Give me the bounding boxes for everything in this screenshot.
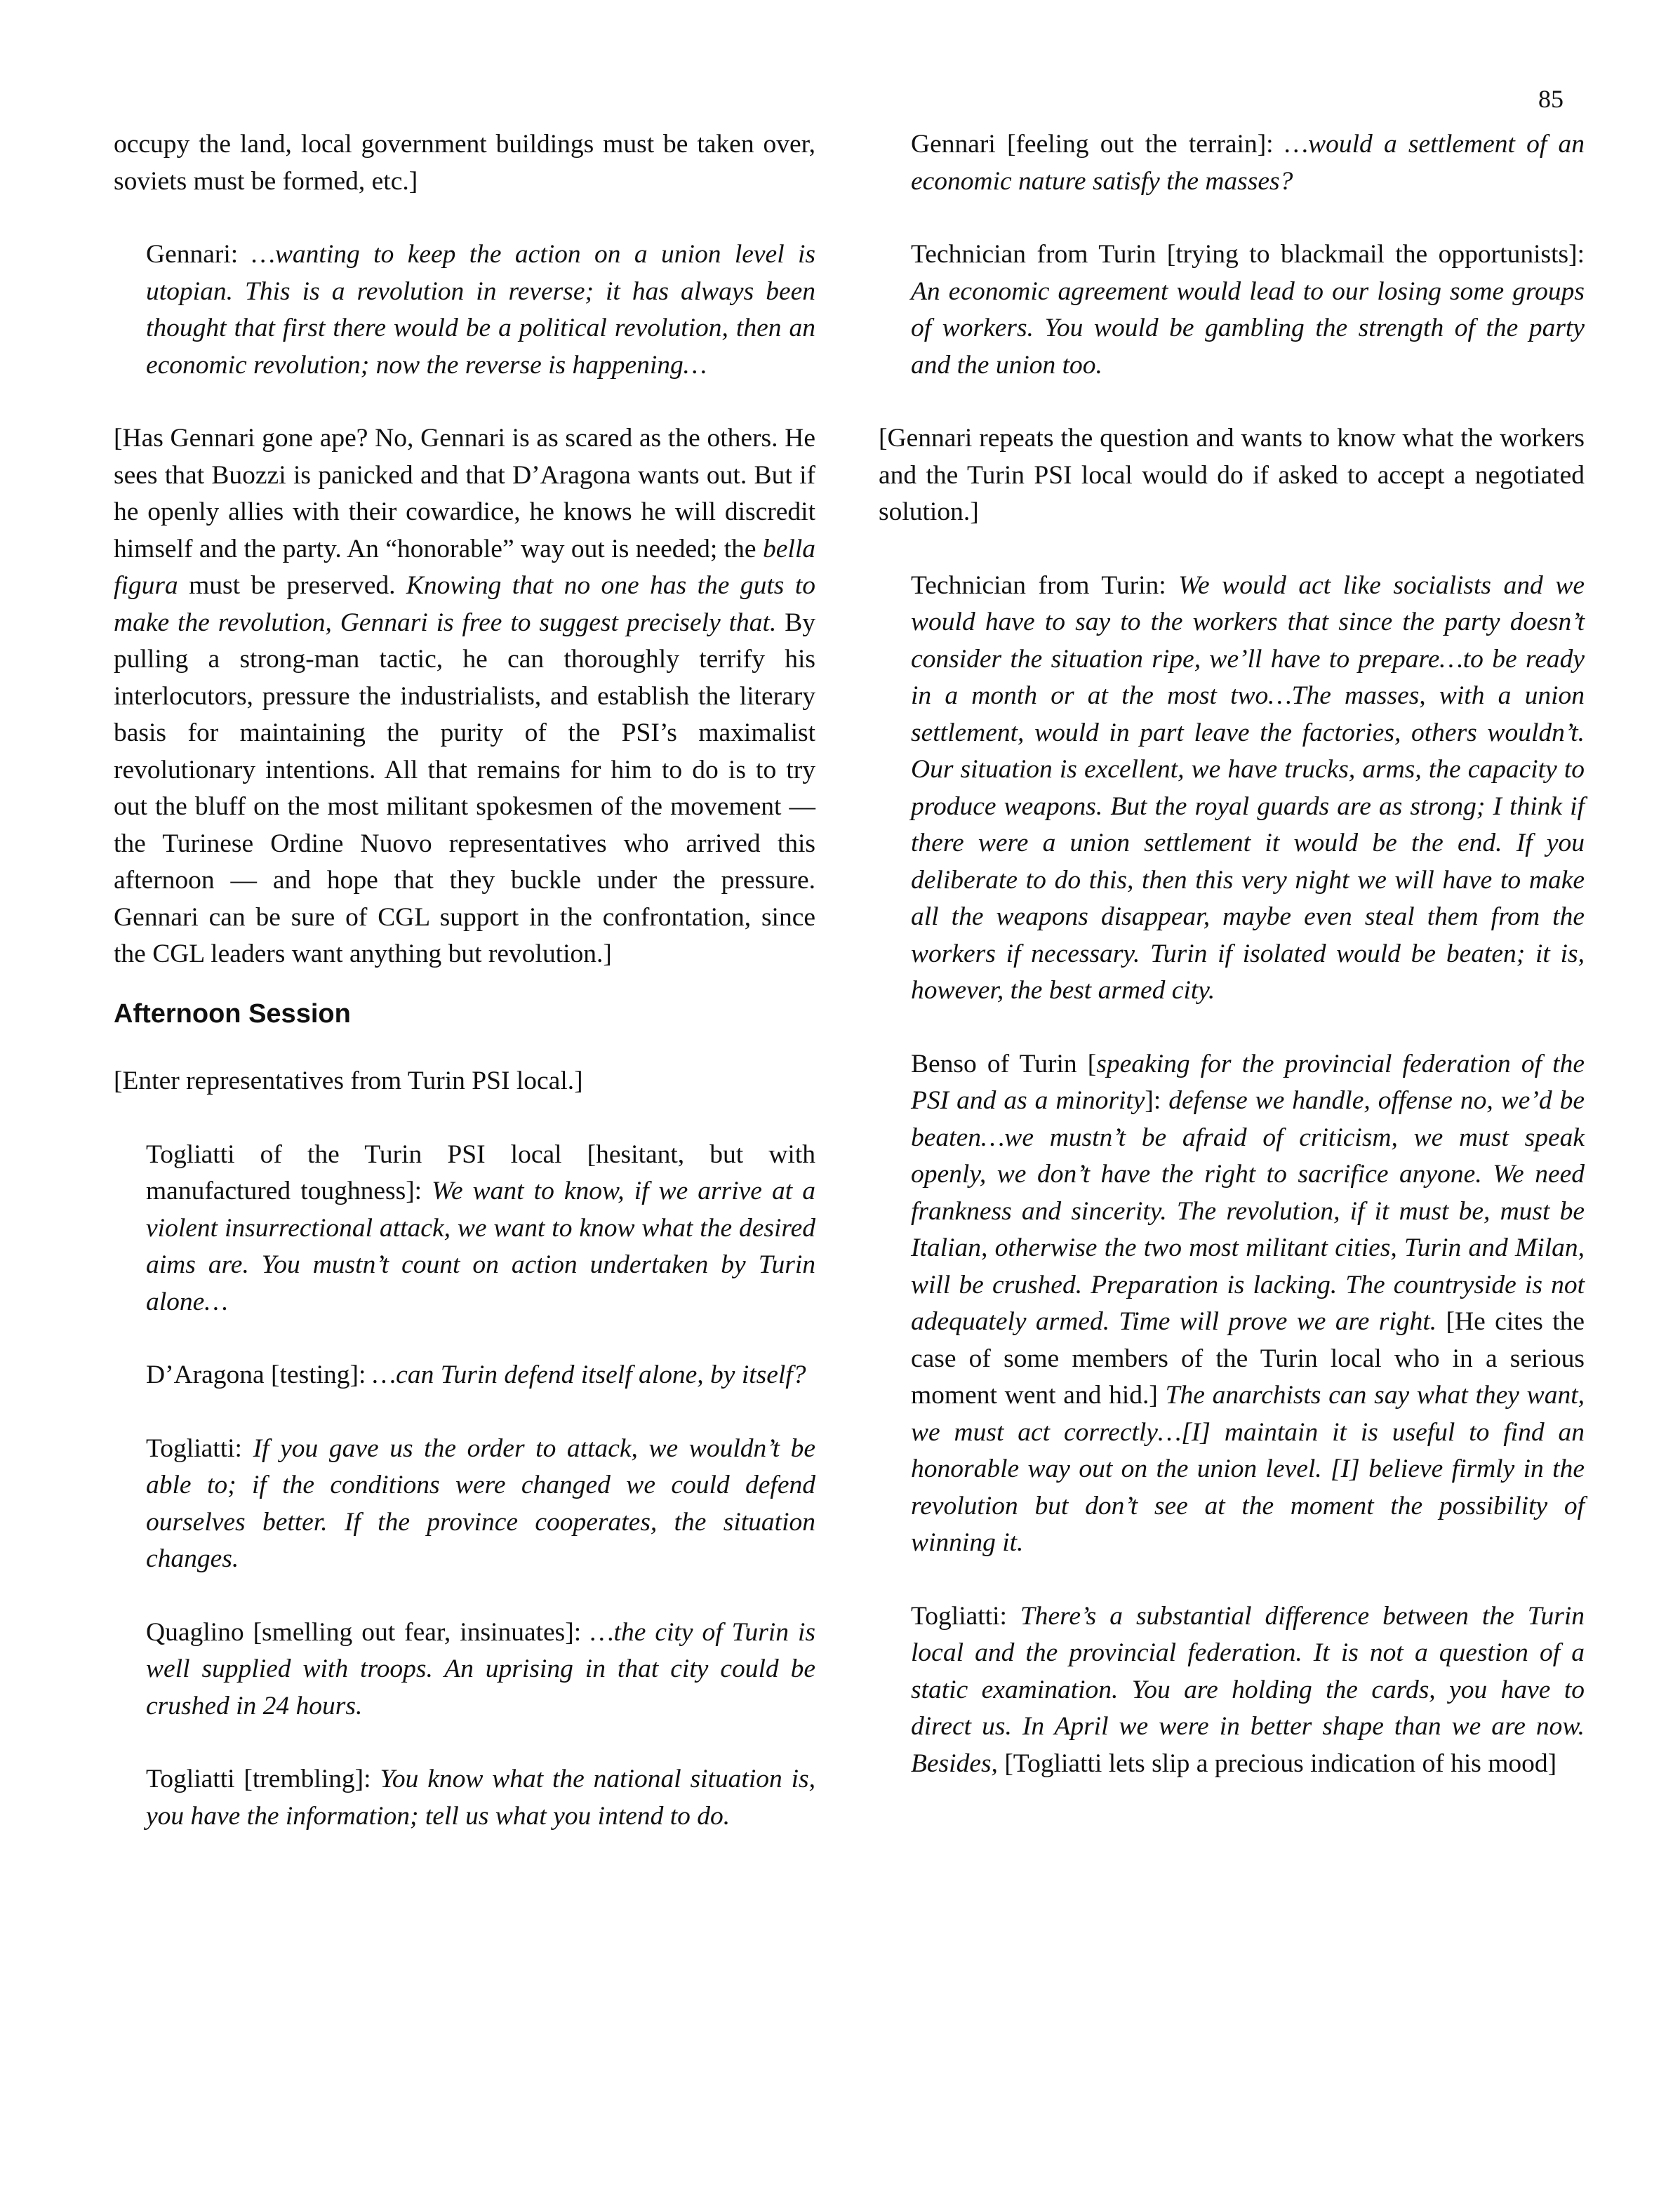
- roman-text: Togliatti:: [146, 1434, 253, 1463]
- dialogue-paragraph: Quaglino [smelling out fear, insinuates]…: [146, 1615, 815, 1725]
- roman-text: Quaglino [smelling out fear, insinuates]…: [146, 1618, 590, 1647]
- roman-text: Benso of Turin [: [911, 1050, 1096, 1078]
- roman-text: Technician from Turin:: [911, 571, 1178, 600]
- roman-text: Togliatti [trembling]:: [146, 1765, 380, 1793]
- narrative-paragraph: [Gennari repeats the question and wants …: [879, 420, 1585, 531]
- right-column: Gennari [feeling out the terrain]: …woul…: [879, 126, 1585, 1819]
- section-heading: Afternoon Session: [114, 996, 815, 1033]
- page-number: 85: [1538, 84, 1564, 114]
- narrative-paragraph: occupy the land, local government buildi…: [114, 126, 815, 200]
- roman-text: [Enter representatives from Turin PSI lo…: [114, 1067, 583, 1095]
- roman-text: By pulling a strong-man tactic, he can t…: [114, 608, 815, 969]
- roman-text: [Gennari repeats the question and wants …: [879, 424, 1585, 526]
- italic-text: We would act like socialists and we woul…: [911, 571, 1585, 1005]
- dialogue-paragraph: Togliatti: There’s a substantial differe…: [911, 1598, 1585, 1783]
- dialogue-paragraph: Benso of Turin [speaking for the provinc…: [911, 1046, 1585, 1562]
- roman-text: Technician from Turin [trying to blackma…: [911, 240, 1585, 269]
- dialogue-paragraph: Togliatti: If you gave us the order to a…: [146, 1431, 815, 1578]
- roman-text: ]:: [1145, 1086, 1168, 1115]
- roman-text: Gennari [feeling out the terrain]:: [911, 130, 1285, 159]
- italic-text: …can Turin defend itself alone, by itsel…: [373, 1361, 806, 1389]
- dialogue-paragraph: Technician from Turin: We would act like…: [911, 568, 1585, 1010]
- roman-text: occupy the land, local government buildi…: [114, 130, 815, 196]
- dialogue-paragraph: Gennari: …wanting to keep the action on …: [146, 236, 815, 384]
- roman-text: Gennari:: [146, 240, 252, 269]
- italic-text: defense we handle, offense no, we’d be b…: [911, 1086, 1585, 1336]
- italic-text: An economic agreement would lead to our …: [911, 277, 1585, 380]
- dialogue-paragraph: Gennari [feeling out the terrain]: …woul…: [911, 126, 1585, 200]
- roman-text: Togliatti:: [911, 1602, 1020, 1631]
- dialogue-paragraph: Togliatti [trembling]: You know what the…: [146, 1761, 815, 1835]
- roman-text: must be preserved.: [178, 571, 406, 600]
- dialogue-paragraph: D’Aragona [testing]: …can Turin defend i…: [146, 1357, 815, 1394]
- roman-text: D’Aragona [testing]:: [146, 1361, 373, 1389]
- roman-text: [Togliatti lets slip a precious indicati…: [998, 1749, 1556, 1778]
- dialogue-paragraph: Togliatti of the Turin PSI local [hesita…: [146, 1137, 815, 1321]
- narrative-paragraph: [Enter representatives from Turin PSI lo…: [114, 1063, 815, 1100]
- left-column: occupy the land, local government buildi…: [114, 126, 815, 1871]
- narrative-paragraph: [Has Gennari gone ape? No, Gennari is as…: [114, 420, 815, 973]
- roman-text: [Has Gennari gone ape? No, Gennari is as…: [114, 424, 815, 563]
- dialogue-paragraph: Technician from Turin [trying to blackma…: [911, 236, 1585, 384]
